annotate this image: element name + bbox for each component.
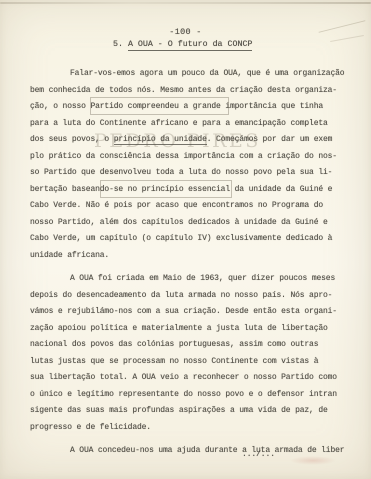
text-line: nosso Partido, além dos capítulos dedica… [30, 215, 348, 232]
text-line: nacional dos povos das colónias portugue… [30, 337, 348, 354]
text-line: Cabo Verde. Não é pois por acaso que enc… [30, 198, 348, 215]
paragraph: A OUA foi criada em Maio de 1963, quer d… [30, 271, 348, 436]
paragraph: Falar-vos-emos agora um pouco da OUA, qu… [30, 66, 348, 264]
heading-title: A OUA - O futuro da CONCP [128, 40, 252, 51]
section-heading: 5. A OUA - O futuro da CONCP [113, 40, 252, 49]
scan-edge-line [0, 2, 371, 4]
text-line: unidade africana. [30, 248, 348, 265]
pencil-box-annotation [100, 180, 232, 198]
text-line: dos seus povos, o princípio da unidade. … [30, 132, 348, 149]
text-line: A OUA foi criada em Maio de 1963, quer d… [30, 271, 348, 288]
text-line: Falar-vos-emos agora um pouco da OUA, qu… [30, 66, 348, 83]
text-line: progresso e de felicidade. [30, 420, 348, 437]
text-line: depois do desencadeamento da luta armada… [30, 288, 348, 305]
paragraph: A OUA concedeu-nos uma ajuda durante a l… [30, 443, 348, 460]
heading-number: 5. [113, 40, 128, 49]
text-line: sigente das suas mais profundas aspiraçõ… [30, 403, 348, 420]
text-line: Cabo Verde, um capítulo (o capítulo IV) … [30, 231, 348, 248]
text-line: lutas justas que se processam no nosso C… [30, 354, 348, 371]
continuation-mark: .../... [242, 450, 275, 459]
text-line: o único e legítimo representante do noss… [30, 387, 348, 404]
text-line: zação apoiou política e materialmente a … [30, 321, 348, 338]
text-line: vámos e rejubilámo-nos com a sua criação… [30, 304, 348, 321]
scanned-document-page: -100 - 5. A OUA - O futuro da CONCP PEDR… [0, 0, 371, 479]
document-body: Falar-vos-emos agora um pouco da OUA, qu… [30, 66, 348, 460]
text-line: plo prático da consciência dessa importâ… [30, 149, 348, 166]
text-line: A OUA concedeu-nos uma ajuda durante a l… [30, 443, 348, 460]
text-line: para a luta do Continente africano e par… [30, 116, 348, 133]
page-number: -100 - [0, 27, 371, 37]
pencil-box-annotation [90, 97, 229, 115]
text-line: sua libertação total. A OUA veio a recon… [30, 370, 348, 387]
